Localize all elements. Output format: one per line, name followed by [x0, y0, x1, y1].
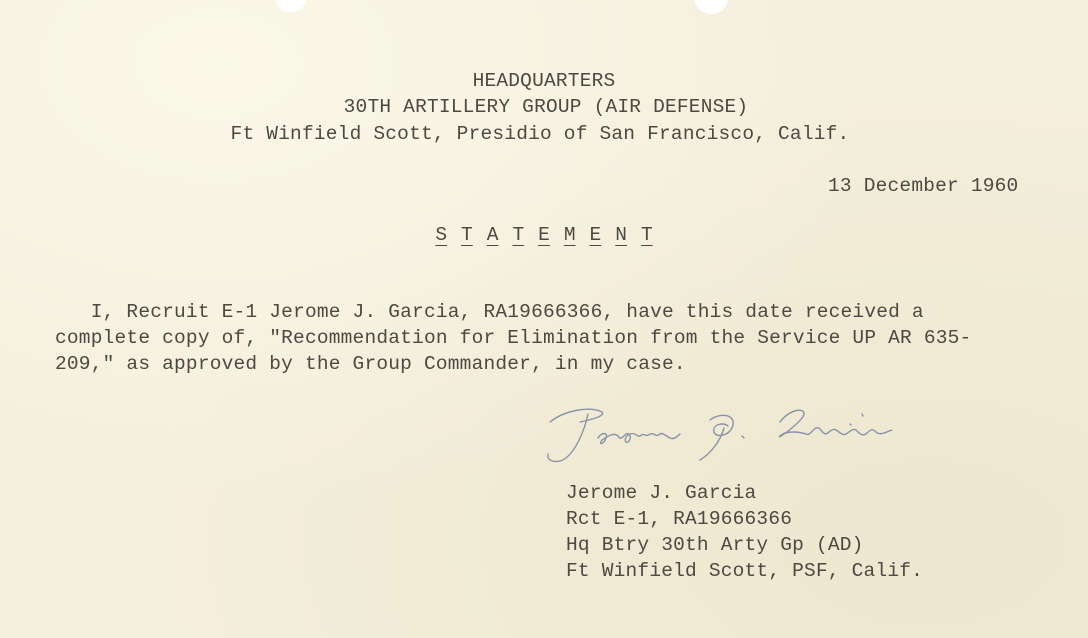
title-letter: S: [435, 224, 447, 246]
title-letter: T: [641, 224, 653, 246]
signature-block-name: Jerome J. Garcia: [566, 482, 756, 504]
title-letter: E: [590, 224, 602, 246]
body-line-3: 209," as approved by the Group Commander…: [55, 353, 686, 375]
body-line-1: I, Recruit E-1 Jerome J. Garcia, RA19666…: [55, 301, 924, 323]
title-letter: A: [487, 224, 499, 246]
signature-block-unit: Hq Btry 30th Arty Gp (AD): [566, 534, 864, 556]
title-letter: E: [538, 224, 550, 246]
letterhead-line-2: 30TH ARTILLERY GROUP (AIR DEFENSE): [2, 96, 1088, 118]
letterhead-line-3: Ft Winfield Scott, Presidio of San Franc…: [0, 123, 1084, 145]
body-line-2: complete copy of, "Recommendation for El…: [55, 327, 971, 349]
letterhead-line-1: HEADQUARTERS: [0, 70, 1088, 92]
title-letter: T: [461, 224, 473, 246]
document-date: 13 December 1960: [828, 175, 1018, 197]
handwritten-signature: [510, 392, 930, 472]
signature-block-rank: Rct E-1, RA19666366: [566, 508, 792, 530]
signature-block-location: Ft Winfield Scott, PSF, Calif.: [566, 560, 923, 582]
title-letter: T: [512, 224, 524, 246]
title-letter: M: [564, 224, 576, 246]
document-title: STATEMENT: [0, 224, 1088, 246]
title-letter: N: [615, 224, 627, 246]
